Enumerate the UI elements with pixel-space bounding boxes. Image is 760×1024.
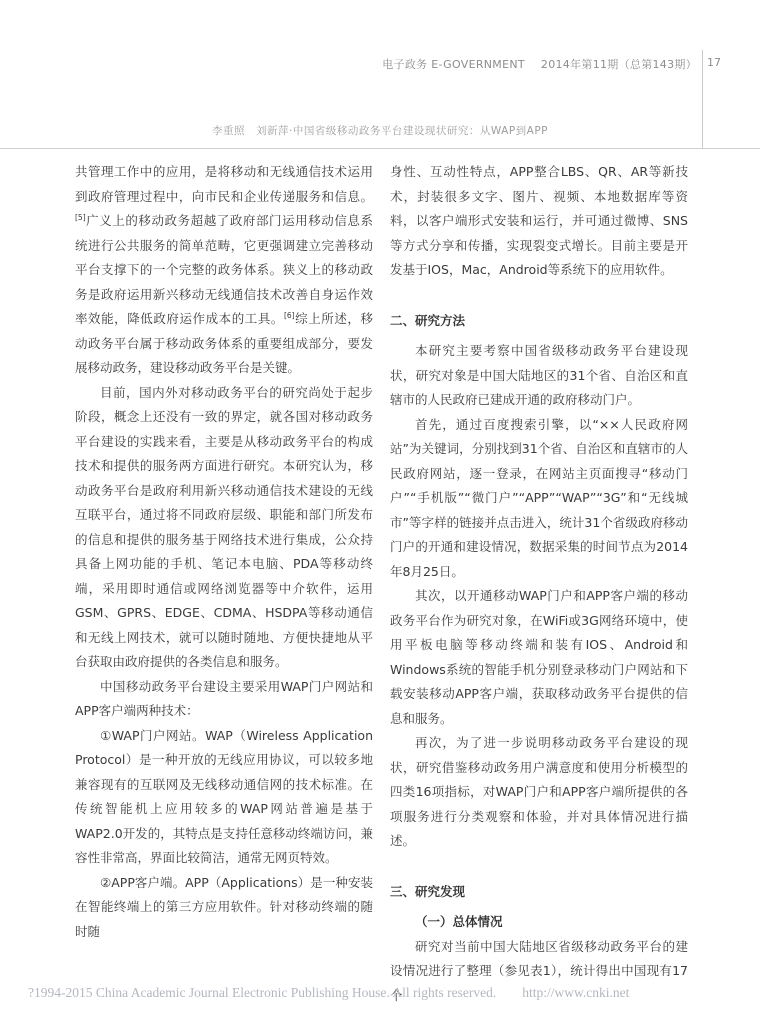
paragraph: ②APP客户端。APP（Applications）是一种安装在智能终端上的第三方…	[75, 871, 373, 945]
copyright-text: ?1994-2015 China Academic Journal Electr…	[28, 985, 496, 1000]
citation-ref: [5]	[75, 213, 86, 222]
citation-ref: [6]	[284, 311, 295, 320]
column-right: 身性、互动性特点，APP整合LBS、QR、AR等新技术，封装很多文字、图片、视频…	[390, 160, 688, 1008]
article-body: 共管理工作中的应用，是将移动和无线通信技术运用到政府管理过程中，向市民和企业传递…	[75, 160, 688, 1008]
journal-title: 电子政务 E-GOVERNMENT	[382, 58, 525, 71]
journal-header: 电子政务 E-GOVERNMENT2014年第11期（总第143期）	[0, 56, 697, 72]
cnki-url: http://www.cnki.net	[522, 985, 629, 1000]
section-heading: 二、研究方法	[390, 309, 688, 334]
paragraph: 身性、互动性特点，APP整合LBS、QR、AR等新技术，封装很多文字、图片、视频…	[390, 160, 688, 283]
paragraph: 再次，为了进一步说明移动政务平台建设的现状，研究借鉴移动政务用户满意度和使用分析…	[390, 731, 688, 854]
subsection-heading: （一）总体情况	[390, 910, 688, 935]
header-rule	[0, 148, 760, 149]
paragraph: 目前，国内外对移动政务平台的研究尚处于起步阶段，概念上还没有一致的界定，就各国对…	[75, 381, 373, 675]
running-head: 李重照 刘新萍·中国省级移动政务平台建设现状研究：从WAP到APP	[0, 123, 760, 138]
paragraph: 本研究主要考察中国省级移动政务平台建设现状，研究对象是中国大陆地区的31个省、自…	[390, 339, 688, 413]
section-heading: 三、研究发现	[390, 880, 688, 905]
column-left: 共管理工作中的应用，是将移动和无线通信技术运用到政府管理过程中，向市民和企业传递…	[75, 160, 373, 1008]
paragraph: 首先，通过百度搜索引擎，以“××人民政府网站”为关键词，分别找到31个省、自治区…	[390, 413, 688, 585]
paragraph: 共管理工作中的应用，是将移动和无线通信技术运用到政府管理过程中，向市民和企业传递…	[75, 160, 373, 381]
paragraph: 其次，以开通移动WAP门户和APP客户端的移动政务平台作为研究对象，在WiFi或…	[390, 584, 688, 731]
paragraph: ①WAP门户网站。WAP（Wireless Application Protoc…	[75, 724, 373, 871]
running-head-title: 中国省级移动政务平台建设现状研究：从WAP到APP	[293, 125, 548, 137]
running-head-authors: 李重照 刘新萍	[212, 125, 289, 137]
page-number: 17	[707, 56, 721, 69]
page-footer: ?1994-2015 China Academic Journal Electr…	[28, 985, 629, 1001]
paragraph: 中国移动政务平台建设主要采用WAP门户网站和APP客户端两种技术：	[75, 675, 373, 724]
issue-info: 2014年第11期（总第143期）	[541, 58, 697, 71]
